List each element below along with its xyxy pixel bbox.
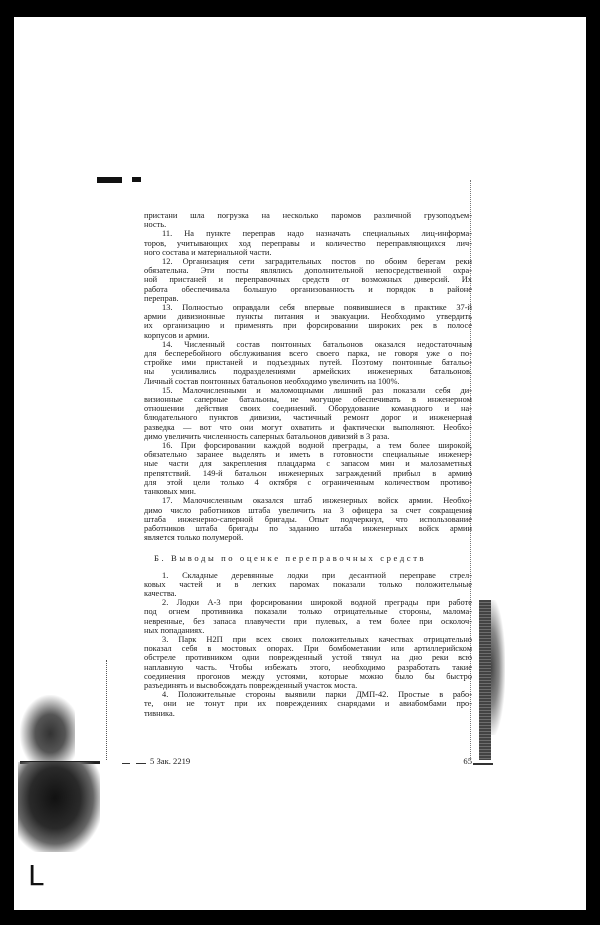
paragraph-14: 14. Численный состав понтонных батальоно…	[144, 340, 472, 386]
section-b-paragraph-4: 4. Положительные стороны выявили парки Д…	[144, 690, 472, 718]
document-body: пристани шла погрузка на несколько паром…	[144, 211, 472, 718]
scan-left-border	[0, 0, 14, 925]
page-fold-line	[106, 660, 108, 760]
page-fold-shadow	[479, 600, 491, 760]
page-footer: 5 Зак. 2219 65	[150, 756, 472, 766]
scan-stain	[18, 762, 100, 852]
page-number: 65	[463, 756, 472, 766]
paragraph-12: 12. Организация сети заградительных пост…	[144, 257, 472, 303]
redaction-mark	[97, 177, 122, 183]
scan-speck	[122, 763, 130, 764]
section-b-paragraph-3: 3. Парк Н2П при всех своих положительных…	[144, 635, 472, 690]
redaction-mark	[132, 177, 141, 182]
section-b-paragraph-2: 2. Лодки А-3 при форсировании широкой во…	[144, 598, 472, 635]
paragraph-continuation: пристани шла погрузка на несколько паром…	[144, 211, 472, 229]
scan-stain	[20, 695, 75, 765]
paragraph-11: 11. На пункте переправ надо назначать сп…	[144, 229, 472, 257]
paragraph-17: 17. Малочисленным оказался штаб инженерн…	[144, 496, 472, 542]
page-fold-shadow	[491, 600, 505, 735]
paragraph-13: 13. Полностью оправдали себя впервые поя…	[144, 303, 472, 340]
printer-signature: 5 Зак. 2219	[150, 756, 190, 766]
scan-speck	[136, 763, 146, 764]
paragraph-15: 15. Малочисленными и маломощными лишний …	[144, 386, 472, 441]
paragraph-16: 16. При форсировании каждой водной прегр…	[144, 441, 472, 496]
section-b-paragraph-1: 1. Складные деревянные лодки при десантн…	[144, 571, 472, 599]
section-heading: Б. Выводы по оценке переправочных средст…	[144, 554, 472, 563]
scan-speck	[473, 763, 493, 765]
handwritten-mark: L	[28, 862, 44, 890]
